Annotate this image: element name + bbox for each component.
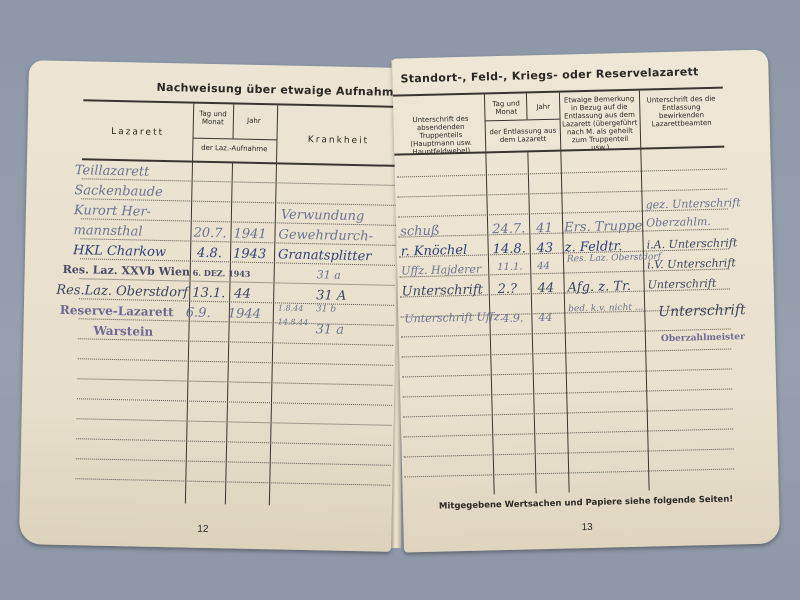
entry-tag: 11.1. bbox=[497, 262, 523, 274]
col-header-jahr: Jahr bbox=[527, 103, 559, 112]
row-line bbox=[76, 458, 391, 466]
col-divider bbox=[269, 105, 278, 505]
entry-krankheit: 31 a bbox=[315, 322, 344, 338]
col-divider bbox=[225, 162, 233, 504]
stamp-lazarett: Reserve-Lazarett bbox=[60, 303, 174, 319]
entry-krankheit: 31 b bbox=[316, 304, 336, 314]
entry-tag: 13.1. bbox=[192, 286, 225, 302]
entry-jahr: 44 bbox=[234, 287, 251, 302]
entry-truppenteil: r. Knöchel bbox=[401, 243, 468, 260]
col-divider bbox=[527, 151, 536, 493]
page-number: 13 bbox=[581, 522, 592, 533]
entry-jahr: 44 bbox=[538, 281, 555, 296]
col-header-bemerkung: Etwaige Bemerkung in Bezug auf die Entla… bbox=[561, 95, 638, 153]
right-page: Standort-, Feld-, Kriegs- oder Reservela… bbox=[392, 49, 780, 552]
entry-jahr: 1941 bbox=[233, 226, 266, 242]
entry-tag: 6.9. bbox=[186, 305, 211, 321]
entry-bemerkung: Ers. Truppe bbox=[564, 219, 643, 236]
col-header-tag-monat: Tag und Monat bbox=[485, 99, 527, 116]
col-header-aufnahme: der Laz.-Aufnahme bbox=[193, 144, 275, 154]
margin-note: 14.8.44 bbox=[278, 317, 309, 327]
entry-beamter: Oberzahlm. bbox=[646, 215, 711, 230]
entry-truppenteil: schuß bbox=[400, 224, 440, 240]
entry-lazarett: HKL Charkow bbox=[73, 243, 166, 260]
entry-beamter: Unterschrift bbox=[658, 302, 746, 320]
col-header-jahr: Jahr bbox=[234, 116, 274, 125]
row-line bbox=[75, 478, 390, 486]
col-divider bbox=[185, 104, 194, 504]
row-line bbox=[77, 418, 392, 426]
entry-truppenteil: Unterschrift Uffz. bbox=[404, 310, 503, 325]
col-header-entlassung: der Entlassung aus dem Lazarett bbox=[486, 127, 560, 145]
entry-beamter: gez. Unterschrift bbox=[646, 196, 741, 211]
entry-lazarett: Teillazarett bbox=[75, 163, 150, 180]
entry-jahr: 1943 bbox=[233, 246, 266, 262]
entry-lazarett: mannsthal bbox=[73, 223, 142, 239]
entry-lazarett: Sackenbaude bbox=[74, 183, 163, 200]
page-number: 12 bbox=[197, 524, 208, 535]
entry-jahr: 41 bbox=[536, 221, 553, 236]
right-page-heading: Standort-, Feld-, Kriegs- oder Reservela… bbox=[400, 65, 698, 85]
entry-tag: 24.7. bbox=[492, 221, 525, 237]
col-header-unterschrift-truppenteil: Unterschrift des absendenden Truppenteil… bbox=[397, 114, 484, 156]
stamp-lazarett: Res. Laz. XXVb Wien bbox=[63, 263, 190, 279]
col-header-krankheit: Krankheit bbox=[279, 135, 397, 145]
footer-note: Mitgegebene Wertsachen und Papiere siehe… bbox=[439, 494, 733, 511]
entry-jahr: 1944 bbox=[228, 306, 261, 322]
entry-beamter: i.A. Unterschrift bbox=[646, 236, 737, 251]
entry-bemerkung: Afg. z. Tr. bbox=[567, 279, 631, 296]
entry-lazarett: Kurort Her- bbox=[74, 203, 151, 220]
oberzahlmeister-stamp: Oberzahlmeister bbox=[661, 332, 745, 344]
entry-krankheit: 31 A bbox=[316, 288, 346, 304]
entry-jahr: 44 bbox=[537, 261, 550, 272]
col-header-lazarett: Lazarett bbox=[83, 127, 193, 137]
entry-truppenteil: Uffz. Hajderer bbox=[401, 263, 481, 278]
stamp-lazarett: Warstein bbox=[93, 324, 153, 339]
row-line bbox=[76, 438, 391, 446]
row-line bbox=[78, 338, 393, 346]
header-subrule bbox=[193, 138, 277, 141]
margin-note: 1.8.44 bbox=[278, 303, 304, 313]
col-header-unterschrift-beamten: Unterschrift des die Entlassung bewirken… bbox=[641, 95, 722, 129]
entry-jahr: 43 bbox=[537, 241, 554, 256]
col-header-tag-monat: Tag und Monat bbox=[194, 110, 232, 127]
row-line bbox=[77, 398, 392, 406]
entry-lazarett: Res.Laz. Oberstdorf bbox=[56, 283, 188, 301]
row-line bbox=[77, 378, 392, 386]
entry-krankheit: Verwundung bbox=[281, 207, 365, 224]
header-rule-top bbox=[83, 99, 400, 108]
entry-tag: 20.7. bbox=[193, 226, 226, 242]
left-page: Nachweisung über etwaige Aufnahme in ein… bbox=[19, 60, 401, 552]
entry-tag: 4.9. bbox=[502, 312, 523, 326]
entry-beamter: i.V. Unterschrift bbox=[647, 256, 736, 271]
entry-beamter: Unterschrift bbox=[647, 277, 716, 292]
entry-bemerkung: bed. k.v. nicht ... bbox=[568, 303, 643, 315]
header-subrule bbox=[485, 119, 560, 122]
entry-krankheit: Granatsplitter bbox=[278, 247, 372, 264]
stamp-date: 6. DEZ. 1943 bbox=[193, 268, 251, 279]
entry-krankheit: 31 a bbox=[317, 268, 341, 282]
entry-tag: 4.8. bbox=[197, 246, 222, 262]
entry-tag: 2.? bbox=[498, 282, 518, 297]
entry-krankheit: Gewehrdurch- bbox=[278, 227, 373, 244]
entry-tag: 14.8. bbox=[493, 241, 526, 257]
row-line bbox=[78, 358, 393, 366]
entry-jahr: 44 bbox=[538, 311, 552, 324]
entry-truppenteil: Unterschrift bbox=[402, 283, 484, 300]
